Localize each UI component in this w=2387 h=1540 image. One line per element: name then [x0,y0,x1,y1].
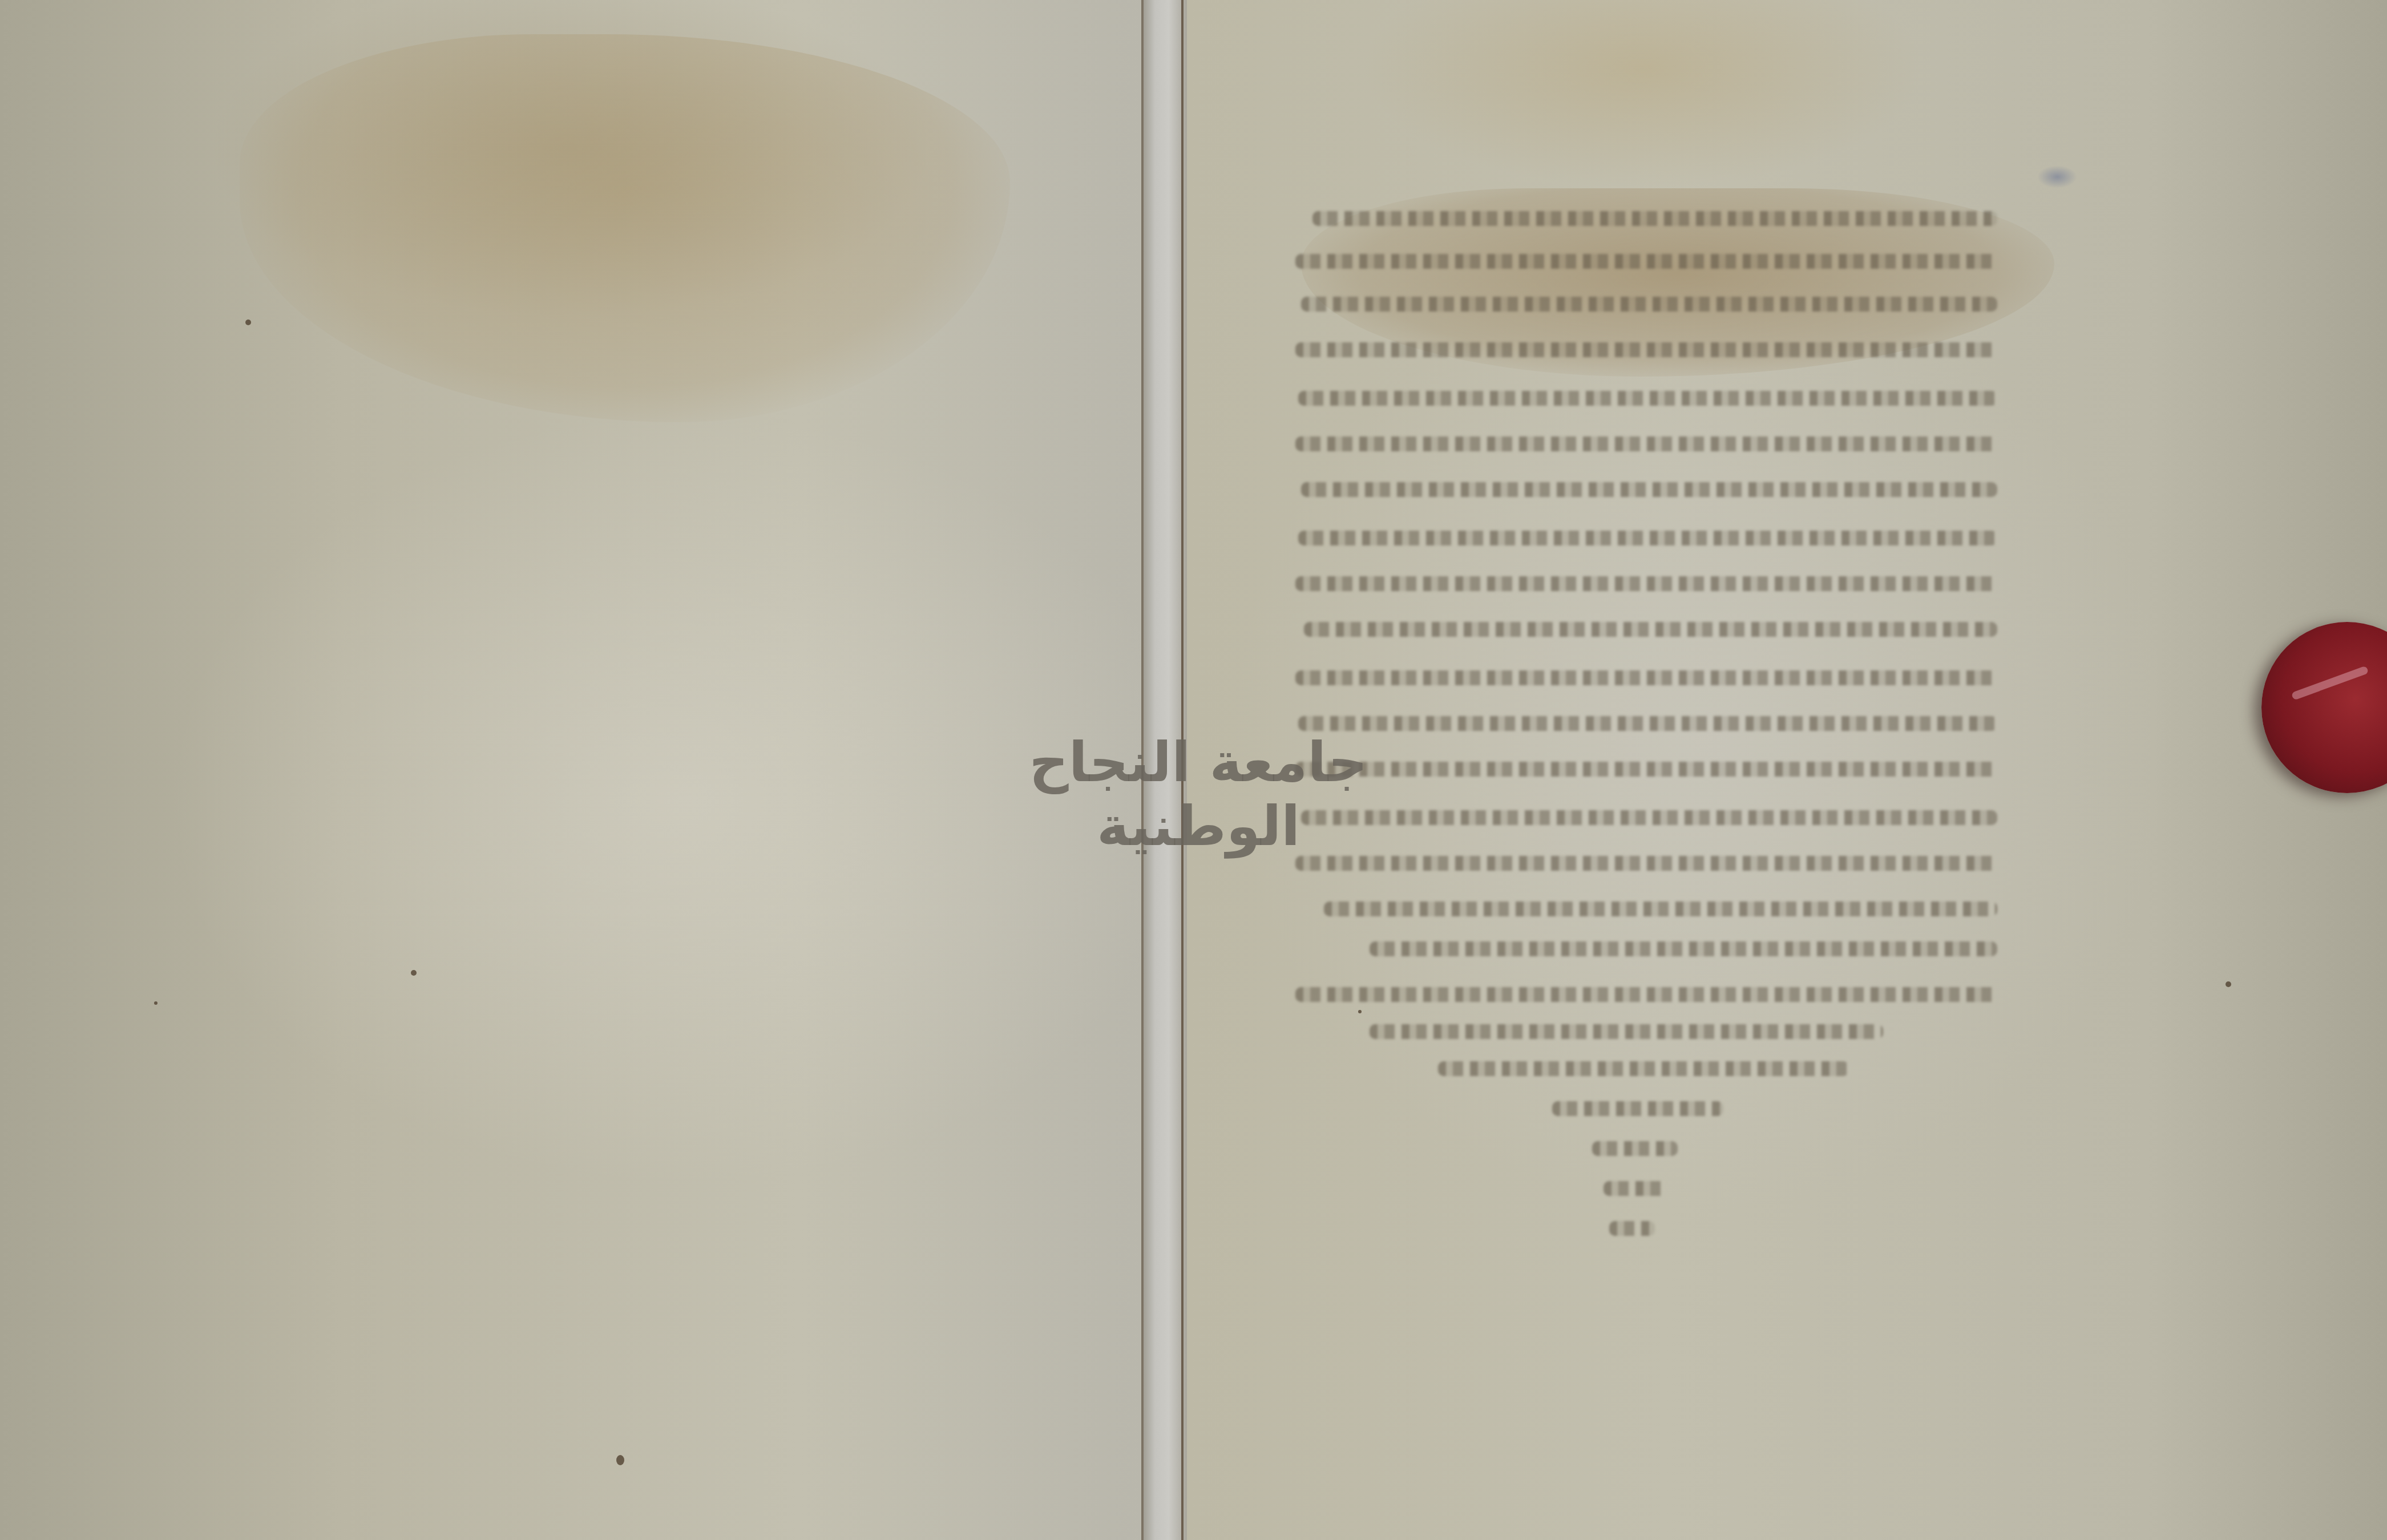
speck [1358,1010,1362,1013]
colophon-line [1609,1221,1655,1236]
text-line [1295,576,1997,591]
text-line [1301,482,1997,497]
text-line [1298,531,1997,545]
text-block [1295,211,1997,1295]
water-stain-left [240,34,1010,422]
text-line [1295,254,1997,269]
text-line [1295,342,1997,357]
text-line [1295,436,1997,451]
left-page [0,0,1141,1540]
text-line [1298,716,1997,731]
speck [616,1455,624,1465]
text-line [1295,670,1997,685]
watermark-text: جامعة النجاح الوطنية [1016,730,1381,858]
text-line [1301,810,1997,825]
manuscript-spread: جامعة النجاح الوطنية [0,0,2387,1540]
colophon-line [1552,1101,1723,1116]
text-line [1295,856,1997,871]
speck [245,320,251,325]
colophon-line [1438,1061,1849,1076]
speck [411,970,417,976]
text-line [1304,622,1997,637]
text-line [1295,762,1997,777]
blue-ink-mark [2037,165,2077,188]
text-line [1370,941,1997,956]
speck [2226,981,2231,987]
text-line [1301,297,1997,312]
text-line [1312,211,1997,226]
speck [154,1001,157,1005]
text-line [1324,902,1997,916]
colophon-line [1604,1181,1666,1196]
colophon-line [1592,1141,1678,1156]
text-line [1298,391,1997,406]
text-line [1295,987,1997,1002]
colophon-line [1370,1024,1883,1039]
